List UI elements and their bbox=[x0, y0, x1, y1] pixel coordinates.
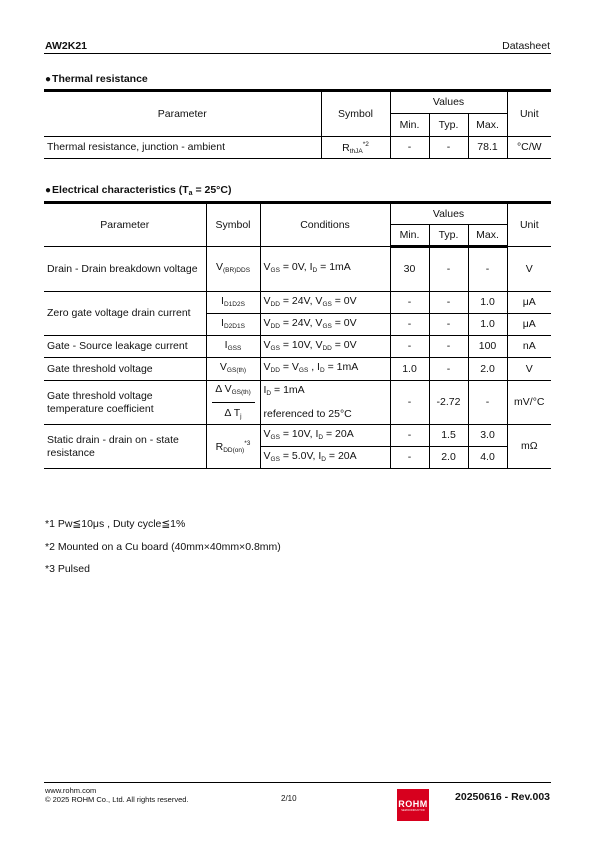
max-cell: 1.0 bbox=[468, 314, 507, 336]
conditions-cell: VDD = 24V, VGS = 0V bbox=[260, 292, 390, 314]
col-symbol: Symbol bbox=[206, 203, 260, 247]
col-parameter: Parameter bbox=[44, 203, 206, 247]
col-parameter: Parameter bbox=[44, 91, 321, 137]
part-number: AW2K21 bbox=[45, 40, 87, 52]
col-typ: Typ. bbox=[429, 225, 468, 247]
table-row: Gate threshold voltage temperature coeff… bbox=[44, 381, 551, 425]
note-3: *3 Pulsed bbox=[45, 563, 90, 575]
max-cell: 1.0 bbox=[468, 292, 507, 314]
min-cell: - bbox=[390, 292, 429, 314]
table-row: Zero gate voltage drain current ID1D2S V… bbox=[44, 292, 551, 314]
table-row: Gate - Source leakage current IGSS VGS =… bbox=[44, 336, 551, 358]
col-values: Values bbox=[390, 203, 507, 225]
revision: 20250616 - Rev.003 bbox=[455, 791, 550, 803]
conditions-cell: VDD = VGS , ID = 1mA bbox=[260, 358, 390, 381]
copyright: © 2025 ROHM Co., Ltd. All rights reserve… bbox=[45, 795, 189, 804]
conditions-cell: VGS = 10V, ID = 20A bbox=[260, 425, 390, 447]
symbol-cell: ID1D2S bbox=[206, 292, 260, 314]
electrical-characteristics-table: Parameter Symbol Conditions Values Unit … bbox=[44, 201, 551, 469]
max-cell: - bbox=[468, 247, 507, 292]
unit-cell: nA bbox=[507, 336, 551, 358]
rohm-logo: ROHM SEMICONDUCTOR bbox=[397, 789, 429, 821]
parameter-cell: Gate - Source leakage current bbox=[44, 336, 206, 358]
table-row: Drain - Drain breakdown voltage V(BR)DDS… bbox=[44, 247, 551, 292]
col-conditions: Conditions bbox=[260, 203, 390, 247]
typ-cell: 1.5 bbox=[429, 425, 468, 447]
col-symbol: Symbol bbox=[321, 91, 390, 137]
conditions-cell: VGS = 5.0V, ID = 20A bbox=[260, 447, 390, 469]
col-typ: Typ. bbox=[429, 114, 468, 137]
typ-cell: - bbox=[429, 292, 468, 314]
unit-cell: mV/°C bbox=[507, 381, 551, 425]
typ-cell: - bbox=[429, 358, 468, 381]
unit-cell: μA bbox=[507, 292, 551, 314]
symbol-cell: RthJA*2 bbox=[321, 137, 390, 159]
col-min: Min. bbox=[390, 114, 429, 137]
max-cell: 4.0 bbox=[468, 447, 507, 469]
parameter-cell: Static drain - drain on - state resistan… bbox=[44, 425, 206, 469]
typ-cell: - bbox=[429, 247, 468, 292]
min-cell: - bbox=[390, 314, 429, 336]
electrical-section-title: ●Electrical characteristics (Ta = 25°C) bbox=[45, 184, 231, 197]
parameter-cell: Zero gate voltage drain current bbox=[44, 292, 206, 336]
min-cell: - bbox=[390, 447, 429, 469]
thermal-resistance-table: Parameter Symbol Values Unit Min. Typ. M… bbox=[44, 89, 551, 159]
col-max: Max. bbox=[468, 225, 507, 247]
conditions-cell: VGS = 0V, ID = 1mA bbox=[260, 247, 390, 292]
table-row: Thermal resistance, junction - ambient R… bbox=[44, 137, 551, 159]
symbol-cell: Δ VGS(th) Δ Tj bbox=[206, 381, 260, 425]
website-link[interactable]: www.rohm.com bbox=[45, 786, 96, 795]
typ-cell: - bbox=[429, 137, 468, 159]
max-cell: 2.0 bbox=[468, 358, 507, 381]
col-min: Min. bbox=[390, 225, 429, 247]
symbol-cell: RDD(on)*3 bbox=[206, 425, 260, 469]
max-cell: 78.1 bbox=[468, 137, 507, 159]
parameter-cell: Thermal resistance, junction - ambient bbox=[44, 137, 321, 159]
parameter-cell: Gate threshold voltage bbox=[44, 358, 206, 381]
col-max: Max. bbox=[468, 114, 507, 137]
typ-cell: - bbox=[429, 314, 468, 336]
min-cell: - bbox=[390, 425, 429, 447]
symbol-cell: VGS(th) bbox=[206, 358, 260, 381]
typ-cell: -2.72 bbox=[429, 381, 468, 425]
conditions-cell: ID = 1mA referenced to 25°C bbox=[260, 381, 390, 425]
page-number: 2/10 bbox=[281, 794, 297, 803]
col-unit: Unit bbox=[507, 203, 551, 247]
typ-cell: - bbox=[429, 336, 468, 358]
note-2: *2 Mounted on a Cu board (40mm×40mm×0.8m… bbox=[45, 541, 281, 553]
col-unit: Unit bbox=[507, 91, 551, 137]
min-cell: 1.0 bbox=[390, 358, 429, 381]
symbol-cell: ID2D1S bbox=[206, 314, 260, 336]
min-cell: 30 bbox=[390, 247, 429, 292]
max-cell: 100 bbox=[468, 336, 507, 358]
typ-cell: 2.0 bbox=[429, 447, 468, 469]
col-values: Values bbox=[390, 91, 507, 114]
bullet-icon: ● bbox=[45, 74, 51, 85]
conditions-cell: VDD = 24V, VGS = 0V bbox=[260, 314, 390, 336]
conditions-cell: VGS = 10V, VDD = 0V bbox=[260, 336, 390, 358]
header-rule bbox=[44, 53, 551, 54]
parameter-cell: Gate threshold voltage temperature coeff… bbox=[44, 381, 206, 425]
table-row: Gate threshold voltage VGS(th) VDD = VGS… bbox=[44, 358, 551, 381]
thermal-section-title: ●Thermal resistance bbox=[45, 73, 148, 85]
doc-type: Datasheet bbox=[502, 40, 550, 52]
max-cell: - bbox=[468, 381, 507, 425]
symbol-cell: IGSS bbox=[206, 336, 260, 358]
parameter-cell: Drain - Drain breakdown voltage bbox=[44, 247, 206, 292]
table-row: Static drain - drain on - state resistan… bbox=[44, 425, 551, 447]
min-cell: - bbox=[390, 381, 429, 425]
max-cell: 3.0 bbox=[468, 425, 507, 447]
unit-cell: °C/W bbox=[507, 137, 551, 159]
unit-cell: μA bbox=[507, 314, 551, 336]
bullet-icon: ● bbox=[45, 185, 51, 196]
unit-cell: mΩ bbox=[507, 425, 551, 469]
symbol-cell: V(BR)DDS bbox=[206, 247, 260, 292]
min-cell: - bbox=[390, 137, 429, 159]
note-1: *1 Pw≦10μs , Duty cycle≦1% bbox=[45, 518, 185, 530]
min-cell: - bbox=[390, 336, 429, 358]
unit-cell: V bbox=[507, 247, 551, 292]
unit-cell: V bbox=[507, 358, 551, 381]
footer-rule bbox=[44, 782, 551, 783]
